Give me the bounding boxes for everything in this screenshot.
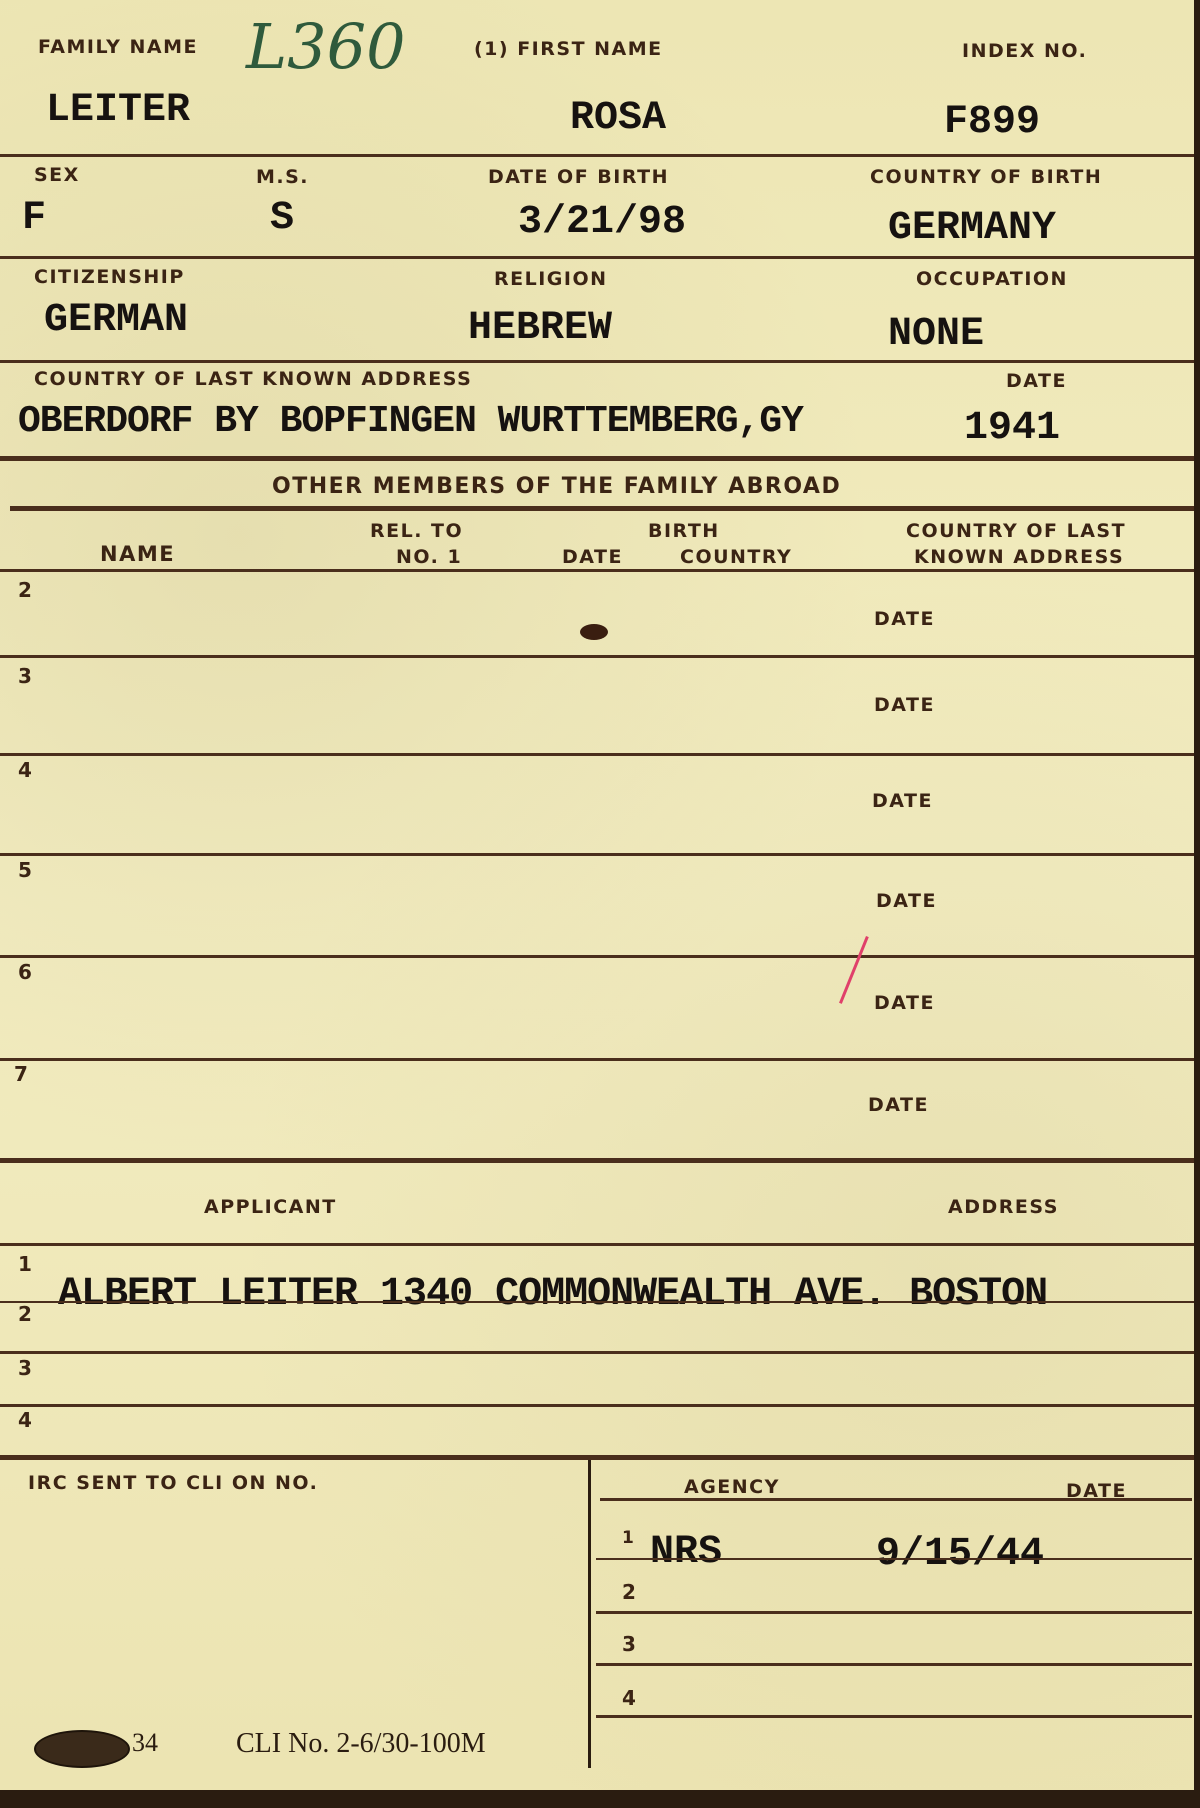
religion-value: HEBREW (468, 306, 612, 351)
divider (596, 1715, 1192, 1718)
index-no-label: INDEX NO. (962, 40, 1087, 62)
agency-row-num: 2 (622, 1580, 636, 1604)
red-pencil-mark (839, 936, 869, 1004)
citizenship-value: GERMAN (44, 298, 188, 343)
vertical-divider (588, 1460, 591, 1768)
applicant-entry: ALBERT LEITER 1340 COMMONWEALTH AVE. BOS… (58, 1272, 1047, 1317)
divider (0, 955, 1196, 958)
family-name-label: FAMILY NAME (38, 36, 198, 58)
col-birth-country-header: COUNTRY (680, 546, 792, 568)
family-row-date-label: DATE (876, 890, 937, 912)
col-rel-header-2: NO. 1 (396, 546, 462, 568)
form-number: CLI No. 2-6/30-100M (236, 1728, 486, 1760)
divider (0, 456, 1196, 461)
irc-label: IRC SENT TO CLI ON NO. (28, 1472, 318, 1494)
divider (0, 154, 1196, 157)
divider (0, 1158, 1196, 1163)
religion-label: RELIGION (494, 268, 608, 290)
divider (0, 360, 1196, 363)
first-name-value: ROSA (570, 96, 666, 141)
divider (0, 655, 1196, 658)
divider (10, 506, 1196, 511)
family-abroad-title: OTHER MEMBERS OF THE FAMILY ABROAD (272, 474, 841, 499)
ms-label: M.S. (256, 166, 309, 188)
index-no-value: F899 (944, 100, 1040, 145)
col-last-addr-header-1: COUNTRY OF LAST (906, 520, 1126, 542)
family-row-num: 5 (18, 858, 32, 882)
applicant-row-num: 3 (18, 1356, 32, 1380)
occupation-value: NONE (888, 312, 984, 357)
country-of-birth-value: GERMANY (888, 206, 1056, 251)
divider (0, 1351, 1196, 1354)
country-of-birth-label: COUNTRY OF BIRTH (870, 166, 1102, 188)
index-card: FAMILY NAME L360 (1) FIRST NAME INDEX NO… (0, 0, 1200, 1808)
union-number: 34 (132, 1728, 158, 1758)
divider (596, 1611, 1192, 1614)
agency-row-num: 4 (622, 1686, 636, 1710)
sex-value: F (22, 196, 46, 241)
family-row-num: 4 (18, 758, 32, 782)
family-row-num: 7 (14, 1062, 28, 1086)
citizenship-label: CITIZENSHIP (34, 266, 185, 288)
family-row-date-label: DATE (874, 694, 935, 716)
last-address-date-label: DATE (1006, 370, 1067, 392)
col-rel-header-1: REL. TO (370, 520, 463, 542)
applicant-label: APPLICANT (204, 1196, 337, 1218)
divider (0, 1243, 1196, 1246)
agency-row-num: 3 (622, 1632, 636, 1656)
agency-label: AGENCY (684, 1476, 780, 1498)
agency-row-num: 1 (622, 1528, 634, 1548)
divider (0, 1404, 1196, 1407)
union-label-icon (34, 1730, 130, 1768)
col-name-header: NAME (100, 542, 175, 566)
applicant-row-num: 2 (18, 1302, 32, 1326)
last-address-label: COUNTRY OF LAST KNOWN ADDRESS (34, 368, 472, 390)
divider (0, 853, 1196, 856)
first-name-label: (1) FIRST NAME (474, 38, 663, 60)
applicant-row-num: 1 (18, 1252, 32, 1276)
occupation-label: OCCUPATION (916, 268, 1068, 290)
col-birth-date-header: DATE (562, 546, 623, 568)
last-address-value: OBERDORF BY BOPFINGEN WURTTEMBERG,GY (18, 400, 803, 443)
ms-value: S (270, 196, 294, 241)
sex-label: SEX (34, 164, 80, 186)
divider (0, 753, 1196, 756)
agency-name-value: NRS (650, 1530, 722, 1575)
divider (0, 1301, 1196, 1303)
dob-label: DATE OF BIRTH (488, 166, 669, 188)
ink-blot (580, 624, 608, 640)
divider (596, 1558, 1192, 1560)
handwritten-number: L360 (246, 10, 406, 83)
address-label: ADDRESS (948, 1196, 1059, 1218)
divider (0, 1058, 1196, 1061)
divider (600, 1498, 1192, 1501)
family-row-num: 3 (18, 664, 32, 688)
divider (596, 1663, 1192, 1666)
family-row-date-label: DATE (874, 992, 935, 1014)
family-row-date-label: DATE (868, 1094, 929, 1116)
divider (0, 569, 1196, 572)
dob-value: 3/21/98 (518, 200, 686, 245)
col-birth-header: BIRTH (648, 520, 720, 542)
col-last-addr-header-2: KNOWN ADDRESS (914, 546, 1124, 568)
family-row-num: 6 (18, 960, 32, 984)
agency-date-value: 9/15/44 (876, 1532, 1044, 1577)
family-row-num: 2 (18, 578, 32, 602)
applicant-row-num: 4 (18, 1408, 32, 1432)
divider (0, 256, 1196, 259)
family-row-date-label: DATE (874, 608, 935, 630)
divider (0, 1455, 1196, 1460)
family-name-value: LEITER (46, 88, 190, 133)
family-row-date-label: DATE (872, 790, 933, 812)
last-address-date-value: 1941 (964, 406, 1060, 451)
